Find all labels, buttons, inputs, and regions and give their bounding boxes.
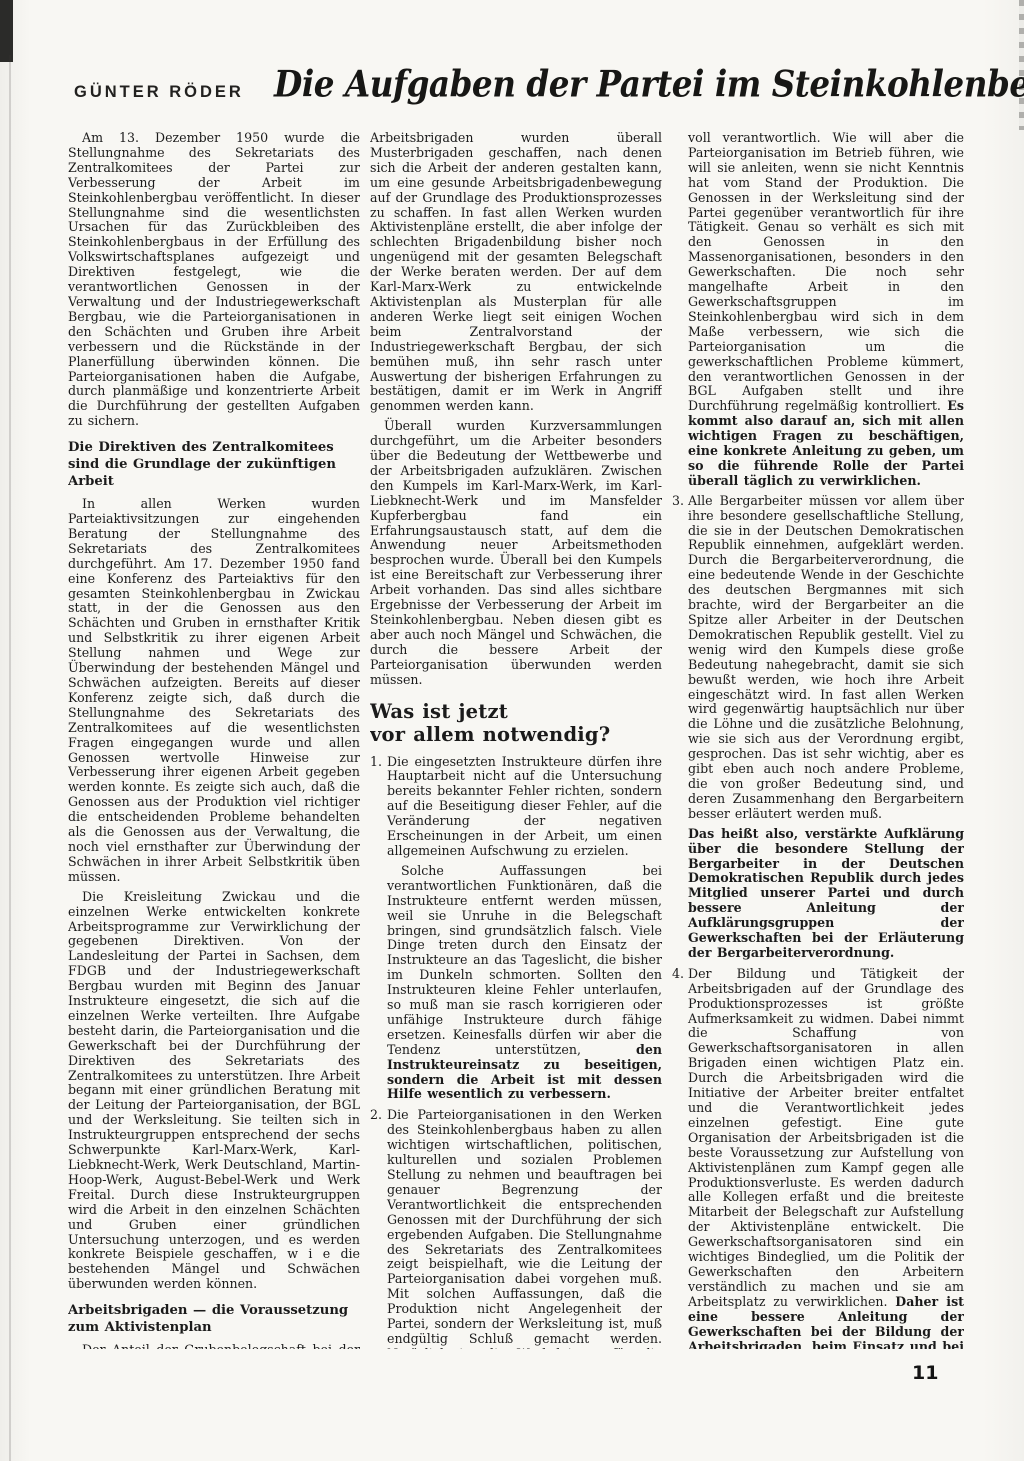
numbered-item-4: 4. Der Bildung und Tätigkeit der Arbeits… xyxy=(688,967,964,1349)
paragraph-text: voll verantwortlich. Wie will aber die P… xyxy=(688,131,964,413)
paragraph: Alle Bergarbeiter müssen vor allem über … xyxy=(688,494,964,822)
column-2: Arbeitsbrigaden wurden überall Musterbri… xyxy=(370,131,662,1349)
item-text: Der Bildung und Tätigkeit der Arbeitsbri… xyxy=(688,967,964,1349)
item-text: Alle Bergarbeiter müssen vor allem über … xyxy=(688,494,964,961)
scan-edge-line xyxy=(9,55,11,1461)
scan-edge-bar xyxy=(0,0,13,62)
numbered-item-1: 1. Die eingesetzten Instrukteure dürfen … xyxy=(370,755,662,1103)
paragraph: Der Bildung und Tätigkeit der Arbeitsbri… xyxy=(688,967,964,1349)
paragraph: Die eingesetzten Instrukteure dürfen ihr… xyxy=(387,755,662,859)
item-text: Die Parteiorganisationen in den Werken d… xyxy=(387,1108,662,1349)
paragraph: Der Anteil der Grubenbelegschaft bei der… xyxy=(68,1343,360,1349)
section-heading: Die Direktiven des Zentralkomitees sind … xyxy=(68,439,360,490)
item-number: 3. xyxy=(672,494,684,509)
paragraph: voll verantwortlich. Wie will aber die P… xyxy=(688,131,964,489)
section-heading: Arbeitsbrigaden — die Voraussetzung zum … xyxy=(68,1302,360,1336)
column-3: voll verantwortlich. Wie will aber die P… xyxy=(672,131,964,1349)
page-number: 11 xyxy=(912,1362,938,1384)
paragraph-text: Solche Auffassungen bei verantwortlichen… xyxy=(387,863,662,1057)
scanned-page: GÜNTER RÖDER Die Aufgaben der Partei im … xyxy=(0,0,1024,1461)
question-heading-line2: vor allem notwendig? xyxy=(370,723,662,746)
author-name: GÜNTER RÖDER xyxy=(74,83,244,102)
paragraph: Arbeitsbrigaden wurden überall Musterbri… xyxy=(370,131,662,414)
paragraph: Überall wurden Kurzversammlungen durchge… xyxy=(370,419,662,687)
item-number: 2. xyxy=(370,1108,382,1123)
paragraph: Solche Auffassungen bei verantwortlichen… xyxy=(387,864,662,1103)
item-number: 1. xyxy=(370,755,382,770)
paragraph: Die Parteiorganisationen in den Werken d… xyxy=(387,1108,662,1349)
item-text: Die eingesetzten Instrukteure dürfen ihr… xyxy=(387,755,662,1103)
question-heading: Was ist jetzt vor allem notwendig? xyxy=(370,700,662,746)
paragraph-text: Der Bildung und Tätigkeit der Arbeitsbri… xyxy=(688,966,964,1309)
paragraph: Die Kreisleitung Zwickau und die einzeln… xyxy=(68,890,360,1292)
numbered-item-2: 2. Die Parteiorganisationen in den Werke… xyxy=(370,1108,662,1349)
question-heading-line1: Was ist jetzt xyxy=(370,700,662,723)
article-title: Die Aufgaben der Partei im Steinkohlenbe… xyxy=(274,63,1024,106)
bold-paragraph: Das heißt also, verstärkte Aufklärung üb… xyxy=(688,827,964,961)
paragraph: Am 13. Dezember 1950 wurde die Stellungn… xyxy=(68,131,360,429)
item-number: 4. xyxy=(672,967,684,982)
paragraph: In allen Werken wurden Parteiaktivsitzun… xyxy=(68,497,360,885)
column-3-content: voll verantwortlich. Wie will aber die P… xyxy=(672,131,964,1349)
column-1: Am 13. Dezember 1950 wurde die Stellungn… xyxy=(68,131,360,1349)
article-body: Am 13. Dezember 1950 wurde die Stellungn… xyxy=(68,131,964,1349)
article-header: GÜNTER RÖDER Die Aufgaben der Partei im … xyxy=(74,66,964,106)
numbered-item-3: 3. Alle Bergarbeiter müssen vor allem üb… xyxy=(688,494,964,961)
